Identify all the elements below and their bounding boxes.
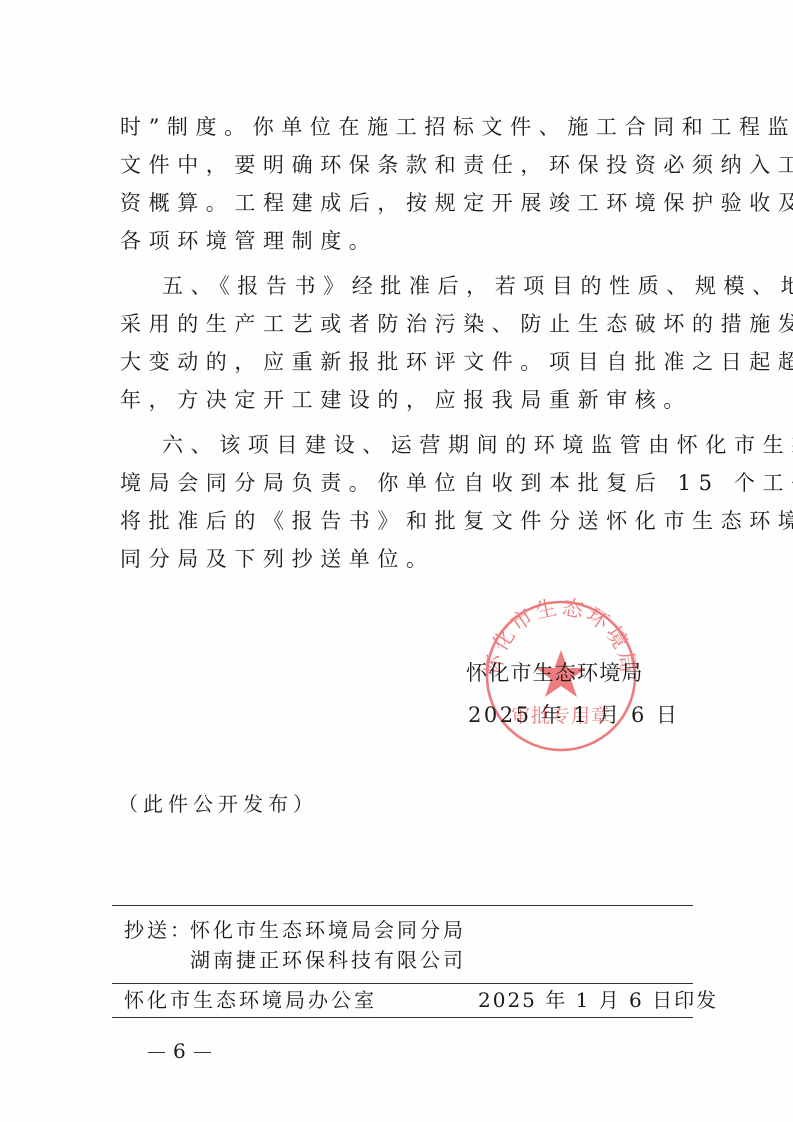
body-line: 境局会同分局负责。你单位自收到本批复后 15 个工作日内， <box>120 468 793 498</box>
body-line-item-5-start: 五、《报告书》经批准后，若项目的性质、规模、地点、 <box>162 271 793 301</box>
dash-decoration <box>148 1052 165 1053</box>
body-line: 同分局及下列抄送单位。 <box>120 544 435 574</box>
cc-recipient: 怀化市生态环境局会同分局 <box>190 915 466 945</box>
body-line: 年，方决定开工建设的，应报我局重新审核。 <box>120 385 692 415</box>
dash-decoration <box>194 1052 211 1053</box>
page-number-value: 6 <box>173 1039 186 1063</box>
body-line-item-6-start: 六、该项目建设、运营期间的环境监管由怀化市生态环 <box>162 430 793 460</box>
page-number: 6 <box>140 1036 219 1066</box>
signature-date: 2025 年 1 月 6 日 <box>468 700 680 730</box>
cc-recipient: 湖南捷正环保科技有限公司 <box>190 945 466 975</box>
body-line: 文件中，要明确环保条款和责任，环保投资必须纳入工程投 <box>120 150 793 180</box>
cc-label: 抄送： <box>124 915 193 945</box>
body-line: 大变动的，应重新报批环评文件。项目自批准之日起超过五 <box>120 347 793 377</box>
body-line: 资概算。工程建成后，按规定开展竣工环境保护验收及执行 <box>120 188 793 218</box>
body-line: 时”制度。你单位在施工招标文件、施工合同和工程监理招标 <box>120 112 793 142</box>
document-page: 时”制度。你单位在施工招标文件、施工合同和工程监理招标 文件中，要明确环保条款和… <box>0 0 793 1122</box>
footer-top-rule <box>112 905 693 906</box>
footer-bottom-rule <box>112 1017 693 1018</box>
print-date: 2025 年 1 月 6 日印发 <box>478 985 718 1015</box>
issuing-office: 怀化市生态环境局办公室 <box>124 985 377 1015</box>
body-line: 各项环境管理制度。 <box>120 226 377 256</box>
footer-middle-rule <box>112 983 693 984</box>
body-line: 采用的生产工艺或者防治污染、防止生态破坏的措施发生重 <box>120 309 793 339</box>
body-line: 将批准后的《报告书》和批复文件分送怀化市生态环境局会 <box>120 506 793 536</box>
signature-issuer: 怀化市生态环境局 <box>466 658 644 688</box>
disclosure-note: （此件公开发布） <box>118 789 318 819</box>
